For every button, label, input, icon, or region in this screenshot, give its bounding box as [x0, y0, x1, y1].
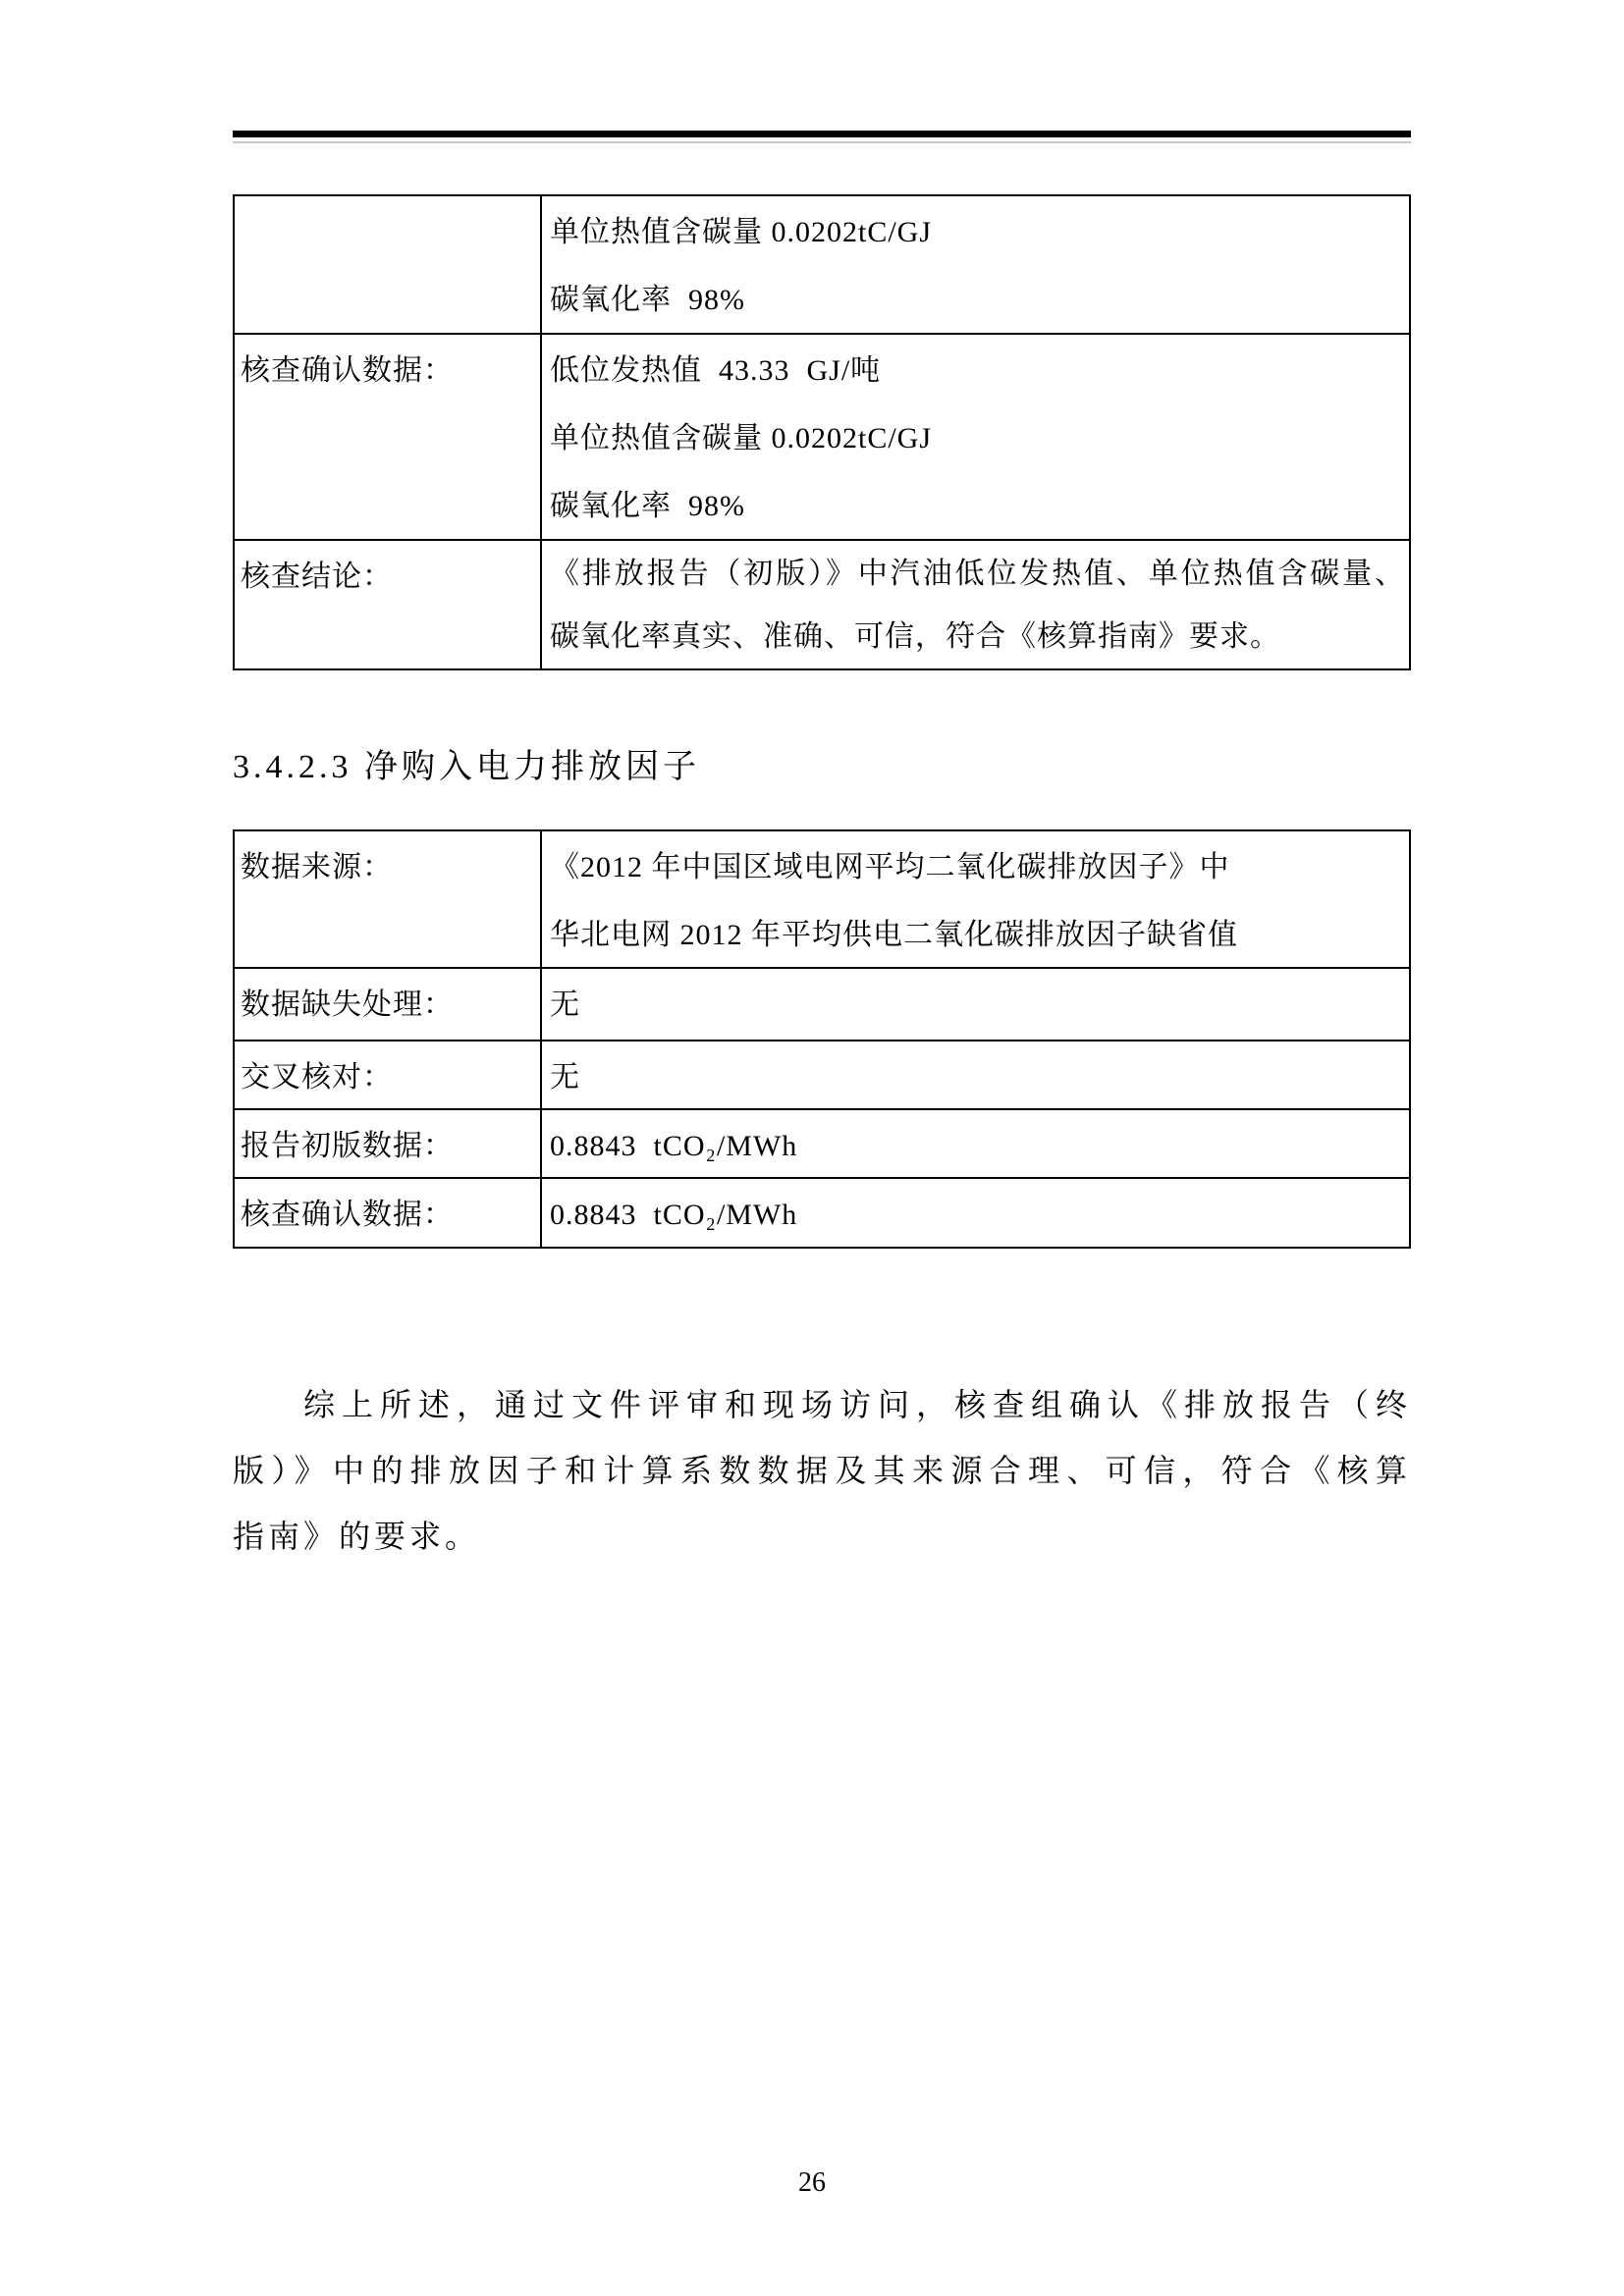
row-value: 《排放报告（初版）》中汽油低位发热值、单位热值含碳量、 碳氧化率真实、准确、可信…	[542, 541, 1409, 668]
row-label: 报告初版数据：	[235, 1110, 542, 1177]
row-label-text: 核查确认数据：	[241, 337, 538, 404]
row-value: 0.8843 tCO₂/MWh	[542, 1179, 1409, 1247]
cell-line: 0.8843 tCO₂/MWh	[550, 1112, 1405, 1177]
row-label: 核查结论：	[235, 541, 542, 668]
cell-line: 《排放报告（初版）》中汽油低位发热值、单位热值含碳量、	[550, 543, 1405, 606]
row-label-text: 核查确认数据：	[241, 1181, 538, 1247]
row-label: 核查确认数据：	[235, 335, 542, 539]
table-row: 数据缺失处理： 无	[235, 967, 1409, 1040]
row-label-text: 核查结论：	[241, 543, 538, 611]
row-label	[235, 196, 542, 333]
row-label: 数据缺失处理：	[235, 969, 542, 1040]
row-value: 单位热值含碳量 0.0202tC/GJ 碳氧化率 98%	[542, 196, 1409, 333]
cell-line: 碳氧化率 98%	[550, 266, 1405, 333]
cell-line: 《2012 年中国区域电网平均二氧化碳排放因子》中	[550, 833, 1405, 901]
table-row: 核查确认数据： 低位发热值 43.33 GJ/吨 单位热值含碳量 0.0202t…	[235, 333, 1409, 539]
cell-line: 单位热值含碳量 0.0202tC/GJ	[550, 198, 1405, 266]
table-row: 核查结论： 《排放报告（初版）》中汽油低位发热值、单位热值含碳量、 碳氧化率真实…	[235, 539, 1409, 668]
row-label-text: 数据来源：	[241, 833, 538, 901]
page-number: 26	[0, 2163, 1624, 2204]
section-heading: 3.4.2.3 净购入电力排放因子	[233, 743, 1411, 792]
cell-line: 低位发热值 43.33 GJ/吨	[550, 337, 1405, 404]
row-label: 核查确认数据：	[235, 1179, 542, 1247]
table-row: 交叉核对： 无	[235, 1040, 1409, 1108]
cell-line: 无	[550, 971, 1405, 1039]
paragraph-line: 指南》的要求。	[233, 1504, 1411, 1570]
summary-paragraph: 综上所述，通过文件评审和现场访问，核查组确认《排放报告（终 版）》中的排放因子和…	[233, 1372, 1411, 1570]
paragraph-line: 综上所述，通过文件评审和现场访问，核查组确认《排放报告（终	[233, 1372, 1411, 1438]
table-row: 报告初版数据： 0.8843 tCO₂/MWh	[235, 1108, 1409, 1177]
cell-line: 无	[550, 1043, 1405, 1108]
row-value: 无	[542, 969, 1409, 1040]
row-value: 0.8843 tCO₂/MWh	[542, 1110, 1409, 1177]
table-row: 核查确认数据： 0.8843 tCO₂/MWh	[235, 1177, 1409, 1247]
cell-line: 0.8843 tCO₂/MWh	[550, 1181, 1405, 1247]
document-page: 单位热值含碳量 0.0202tC/GJ 碳氧化率 98% 核查确认数据： 低位发…	[0, 0, 1624, 2296]
row-label-text: 交叉核对：	[241, 1043, 538, 1108]
row-label: 交叉核对：	[235, 1041, 542, 1108]
header-rule-thick	[233, 131, 1411, 137]
cell-line: 碳氧化率真实、准确、可信，符合《核算指南》要求。	[550, 606, 1405, 668]
cell-line: 华北电网 2012 年平均供电二氧化碳排放因子缺省值	[550, 901, 1405, 967]
cell-line: 单位热值含碳量 0.0202tC/GJ	[550, 404, 1405, 472]
cell-line: 碳氧化率 98%	[550, 472, 1405, 539]
row-value: 低位发热值 43.33 GJ/吨 单位热值含碳量 0.0202tC/GJ 碳氧化…	[542, 335, 1409, 539]
row-label: 数据来源：	[235, 831, 542, 967]
row-label-text: 报告初版数据：	[241, 1112, 538, 1177]
row-value: 《2012 年中国区域电网平均二氧化碳排放因子》中 华北电网 2012 年平均供…	[542, 831, 1409, 967]
header-rule-thin	[233, 141, 1411, 143]
paragraph-line: 版）》中的排放因子和计算系数数据及其来源合理、可信，符合《核算	[233, 1438, 1411, 1504]
table-row: 数据来源： 《2012 年中国区域电网平均二氧化碳排放因子》中 华北电网 201…	[235, 831, 1409, 967]
table-row: 单位热值含碳量 0.0202tC/GJ 碳氧化率 98%	[235, 196, 1409, 333]
electricity-factor-table: 数据来源： 《2012 年中国区域电网平均二氧化碳排放因子》中 华北电网 201…	[233, 829, 1411, 1249]
gasoline-factor-table: 单位热值含碳量 0.0202tC/GJ 碳氧化率 98% 核查确认数据： 低位发…	[233, 194, 1411, 670]
row-value: 无	[542, 1041, 1409, 1108]
row-label-text: 数据缺失处理：	[241, 971, 538, 1039]
